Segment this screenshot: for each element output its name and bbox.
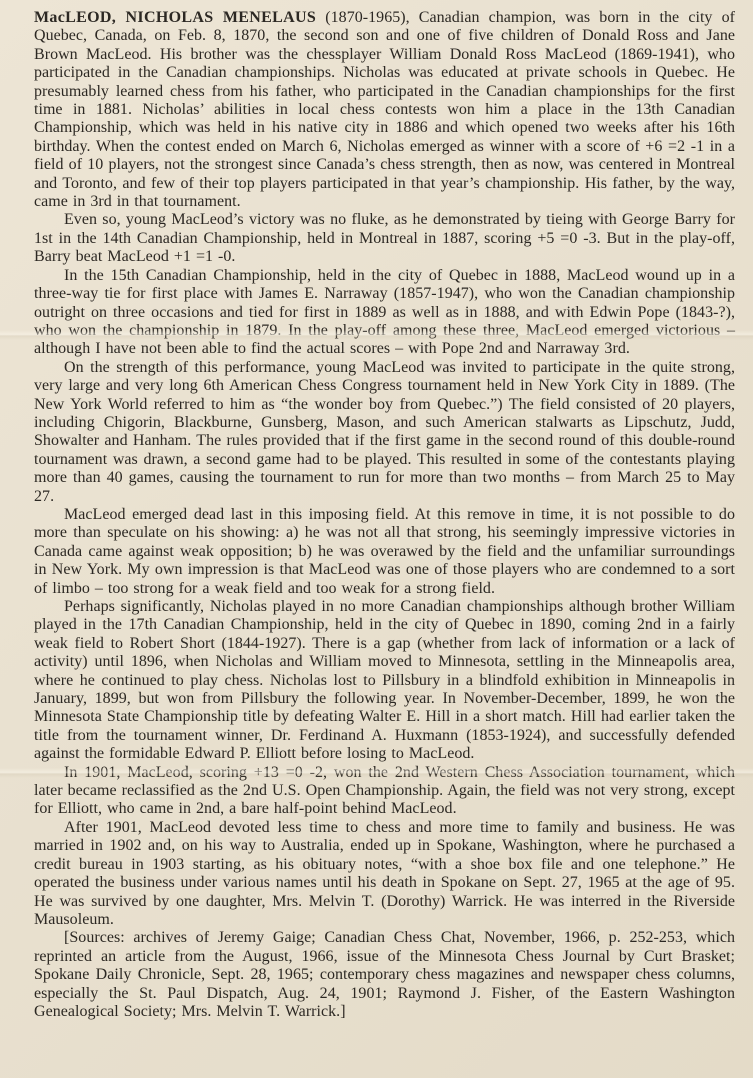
paragraph-14th-championship: Even so, young MacLeod’s victory was no … [34, 211, 735, 266]
entry-name: MacLEOD, NICHOLAS MENELAUS [34, 9, 316, 26]
paragraph-intro-text: (1870-1965), Canadian champion, was born… [34, 9, 735, 210]
paragraph-later-life: After 1901, MacLeod devoted less time to… [34, 819, 735, 929]
paragraph-1901-western: In 1901, MacLeod, scoring +13 =0 -2, won… [34, 764, 735, 819]
paragraph-chess-congress: On the strength of this performance, you… [34, 359, 735, 506]
paragraph-sources: [Sources: archives of Jeremy Gaige; Cana… [34, 929, 735, 1021]
paragraph-intro: MacLEOD, NICHOLAS MENELAUS (1870-1965), … [34, 9, 735, 211]
scanned-document: { "page": { "paper_color": "#e9e1d0", "i… [0, 0, 753, 1078]
paragraph-dead-last: MacLeod emerged dead last in this imposi… [34, 506, 735, 598]
biography-article: MacLEOD, NICHOLAS MENELAUS (1870-1965), … [34, 9, 735, 1021]
paragraph-minnesota: Perhaps significantly, Nicholas played i… [34, 598, 735, 764]
paragraph-15th-championship: In the 15th Canadian Championship, held … [34, 267, 735, 359]
document-page: MacLEOD, NICHOLAS MENELAUS (1870-1965), … [0, 0, 753, 1078]
